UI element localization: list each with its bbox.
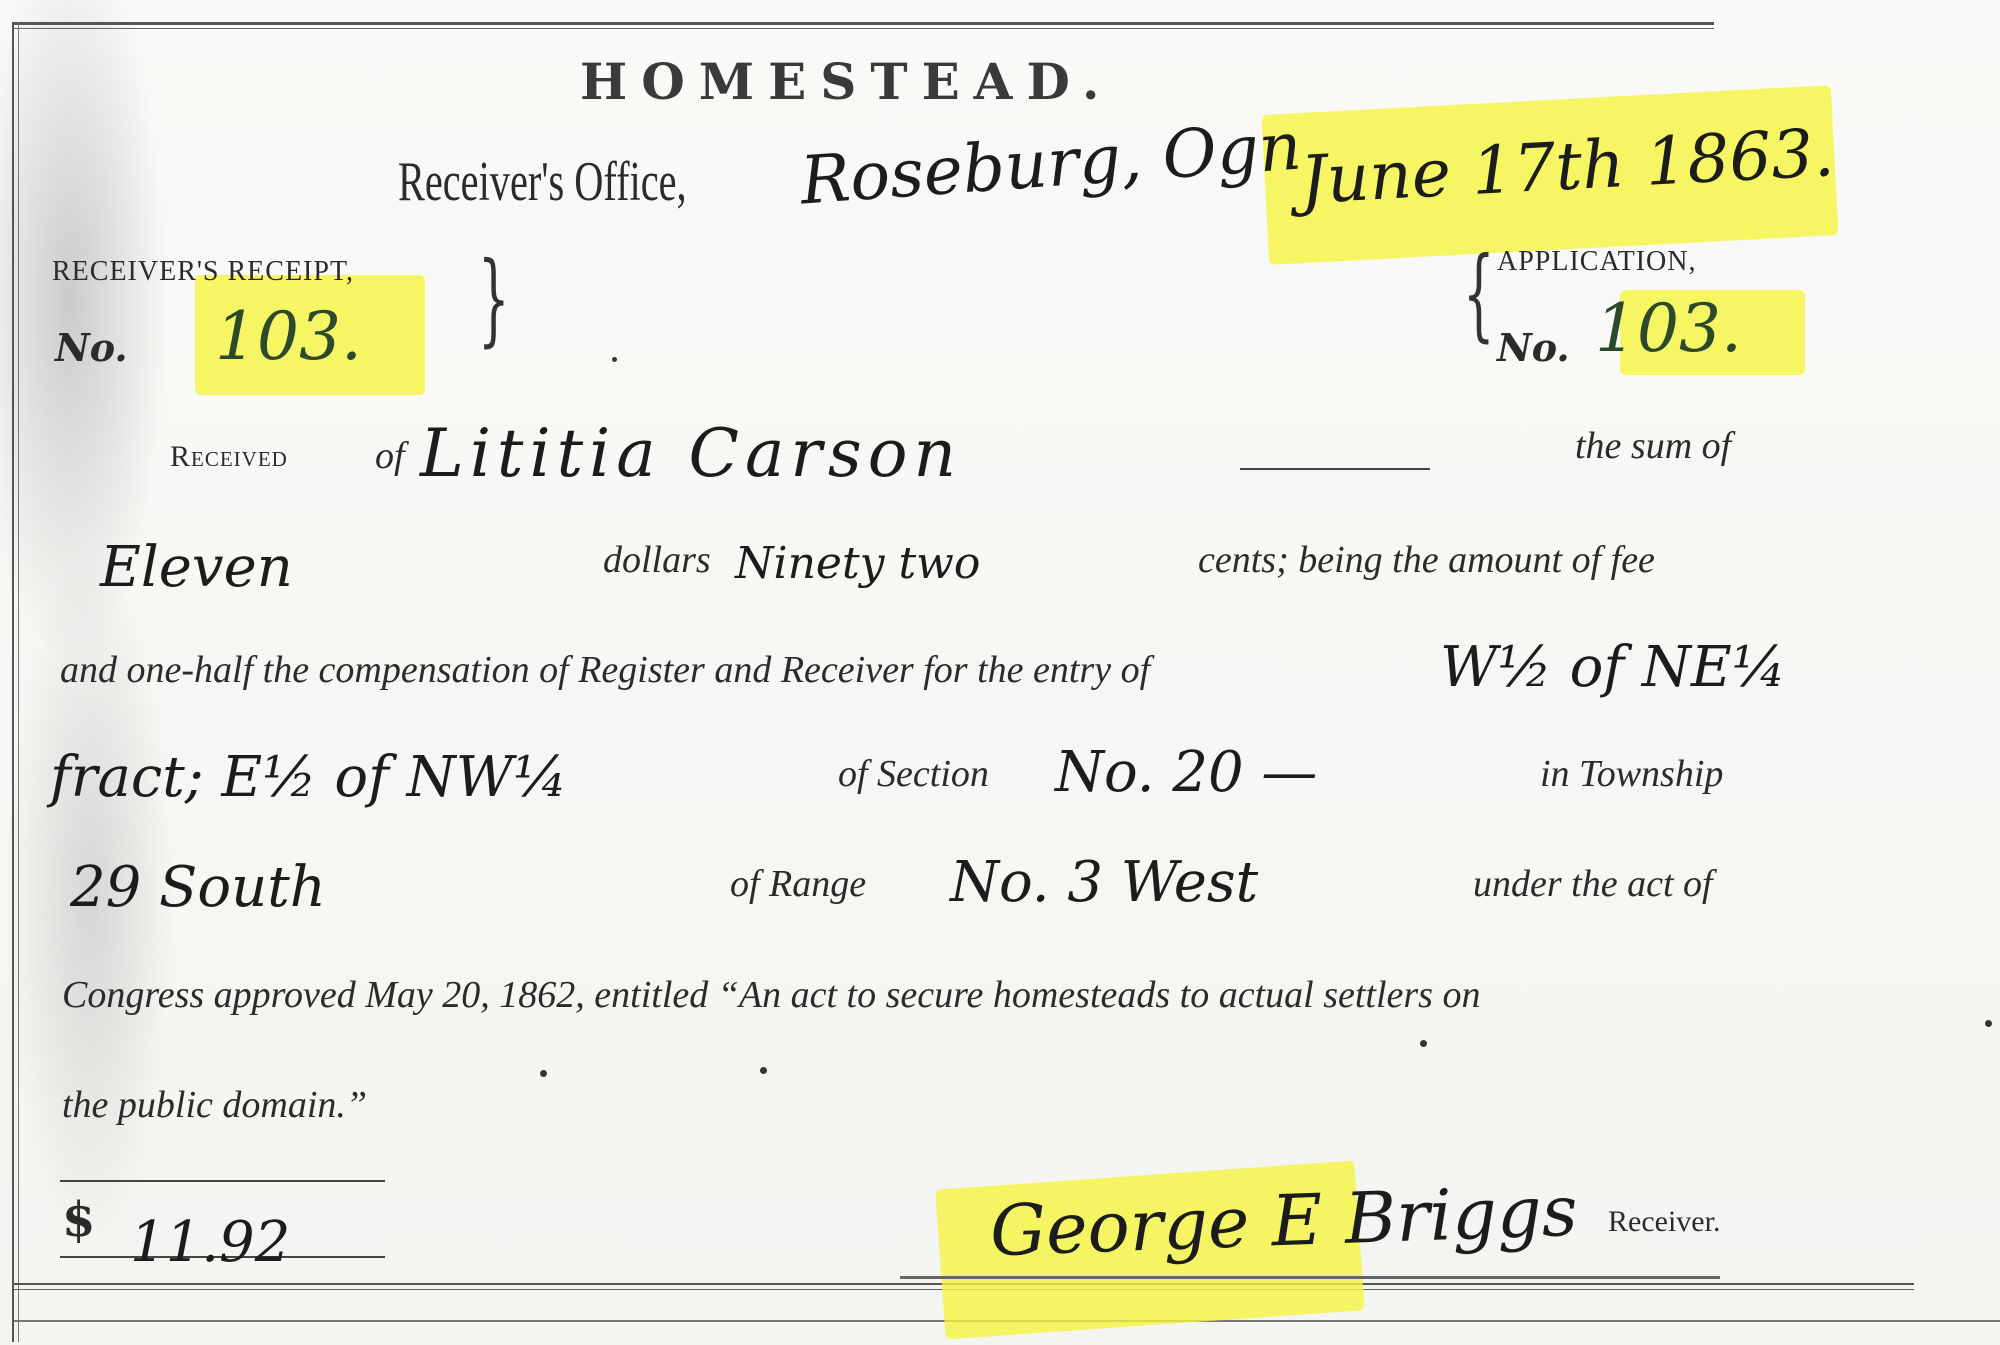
dollars-label: dollars <box>603 538 711 582</box>
signer-title: Receiver. <box>1608 1205 1720 1239</box>
ink-speck <box>540 1070 547 1077</box>
cents-written: Ninety two <box>735 538 980 589</box>
entry-description: W½ of NE¼ <box>1440 635 1786 700</box>
frame-border-top-inner <box>14 28 1714 29</box>
public-domain-text: the public domain.” <box>62 1083 367 1127</box>
name-dash-line <box>1240 468 1430 470</box>
ink-speck <box>612 357 617 362</box>
dollar-sign-icon: $ <box>62 1192 95 1248</box>
signature-rule <box>900 1276 1720 1279</box>
left-brace-icon: { <box>1463 235 1495 352</box>
document-title: HOMESTEAD. <box>580 52 1113 111</box>
compensation-text: and one-half the compensation of Registe… <box>60 648 1150 692</box>
office-label: Receiver's Office, <box>398 150 687 214</box>
ink-speck <box>1420 1040 1427 1047</box>
application-number: 103. <box>1595 290 1742 367</box>
receipt-label: RECEIVER'S RECEIPT, <box>52 256 354 288</box>
office-location: Roseburg, Ogn <box>798 108 1304 220</box>
sum-of-label: the sum of <box>1575 424 1731 468</box>
receipt-no-label: No. <box>55 325 128 370</box>
receipt-number: 103. <box>215 298 362 375</box>
amount-rule-top <box>60 1180 385 1182</box>
act-label: under the act of <box>1473 862 1713 906</box>
of-label: of <box>375 434 405 478</box>
ink-speck <box>1985 1020 1992 1027</box>
amount-value: 11.92 <box>130 1210 290 1275</box>
application-no-label: No. <box>1497 325 1570 370</box>
cents-label: cents; being the amount of fee <box>1198 538 1655 582</box>
township-label: in Township <box>1540 752 1723 796</box>
section-value: No. 20 — <box>1055 740 1317 805</box>
right-brace-icon: } <box>478 240 510 357</box>
ink-speck <box>760 1067 767 1074</box>
payer-name: Lititia Carson <box>420 415 962 492</box>
congress-text: Congress approved May 20, 1862, entitled… <box>62 973 1480 1017</box>
dollars-written: Eleven <box>100 535 293 600</box>
section-label: of Section <box>838 752 989 796</box>
range-value: No. 3 West <box>950 850 1258 915</box>
document-paper: HOMESTEAD. Receiver's Office, Roseburg, … <box>0 0 2000 1345</box>
frame-border-top <box>14 22 1714 25</box>
range-label: of Range <box>730 862 866 906</box>
frame-border-left <box>12 22 19 1342</box>
application-label: APPLICATION, <box>1497 246 1696 278</box>
received-label: Received <box>170 440 288 474</box>
township-value: 29 South <box>70 855 326 920</box>
entry-description-continued: fract; E½ of NW¼ <box>50 745 567 810</box>
